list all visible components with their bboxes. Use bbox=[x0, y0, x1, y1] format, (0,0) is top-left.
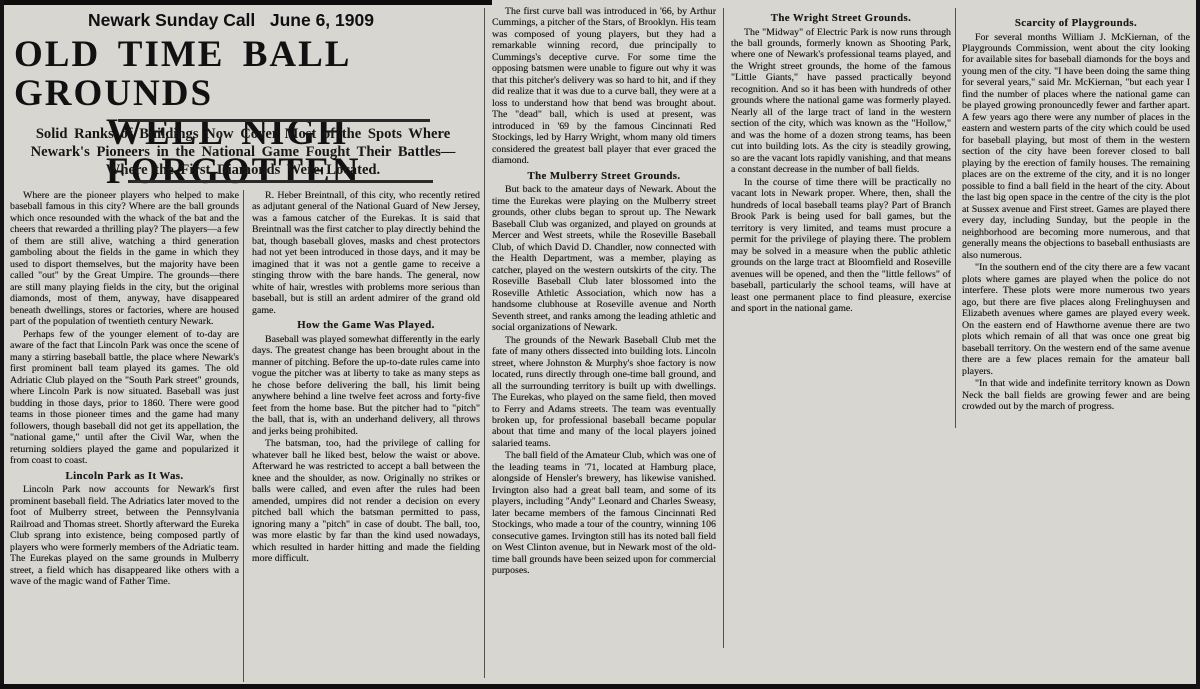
article-paragraph: The "Midway" of Electric Park is now run… bbox=[731, 27, 951, 176]
headline-line-1: OLD TIME BALL GROUNDS bbox=[14, 34, 349, 114]
subheadline: Solid Ranks of Buildings Now Cover Most … bbox=[12, 126, 474, 179]
article-paragraph: The first curve ball was introduced in '… bbox=[492, 6, 716, 167]
article-paragraph: "In that wide and indefinite territory k… bbox=[962, 378, 1190, 412]
article-paragraph: In the course of time there will be prac… bbox=[731, 177, 951, 315]
divider-rule-bottom bbox=[128, 180, 433, 183]
scan-frame-right bbox=[1196, 0, 1200, 689]
section-heading: The Mulberry Street Grounds. bbox=[492, 170, 716, 183]
divider-rule-top bbox=[118, 119, 430, 122]
article-paragraph: "In the southern end of the city there a… bbox=[962, 262, 1190, 377]
column-divider bbox=[484, 8, 485, 678]
article-paragraph: The batsman, too, had the privilege of c… bbox=[252, 438, 480, 564]
article-paragraph: The ball field of the Amateur Club, whic… bbox=[492, 450, 716, 576]
section-heading: The Wright Street Grounds. bbox=[731, 12, 951, 25]
section-heading: Scarcity of Playgrounds. bbox=[962, 17, 1190, 30]
article-paragraph: Perhaps few of the younger element of to… bbox=[10, 329, 239, 467]
article-paragraph: Where are the pioneer players who helped… bbox=[10, 190, 239, 328]
article-paragraph: Baseball was played somewhat differently… bbox=[252, 334, 480, 437]
scan-frame-top bbox=[0, 0, 492, 5]
newspaper-page: Newark Sunday Call June 6, 1909 OLD TIME… bbox=[0, 0, 1200, 689]
article-column-3: The first curve ball was introduced in '… bbox=[492, 6, 716, 685]
article-column-1: Where are the pioneer players who helped… bbox=[10, 190, 239, 685]
column-divider bbox=[955, 8, 956, 428]
article-paragraph: But back to the amateur days of Newark. … bbox=[492, 184, 716, 333]
section-heading: Lincoln Park as It Was. bbox=[10, 470, 239, 483]
article-paragraph: R. Heber Breintnall, of this city, who r… bbox=[252, 190, 480, 316]
column-divider bbox=[723, 8, 724, 648]
article-column-5: Scarcity of Playgrounds.For several mont… bbox=[962, 14, 1190, 685]
article-column-4: The Wright Street Grounds.The "Midway" o… bbox=[731, 9, 951, 685]
masthead-date-label: Newark Sunday Call June 6, 1909 bbox=[88, 10, 374, 31]
section-heading: How the Game Was Played. bbox=[252, 319, 480, 332]
article-column-2: R. Heber Breintnall, of this city, who r… bbox=[252, 190, 480, 685]
scan-frame-left bbox=[0, 0, 4, 689]
column-divider bbox=[243, 190, 244, 682]
article-paragraph: The grounds of the Newark Baseball Club … bbox=[492, 335, 716, 450]
article-paragraph: Lincoln Park now accounts for Newark's f… bbox=[10, 484, 239, 587]
article-paragraph: For several months William J. McKiernan,… bbox=[962, 32, 1190, 262]
